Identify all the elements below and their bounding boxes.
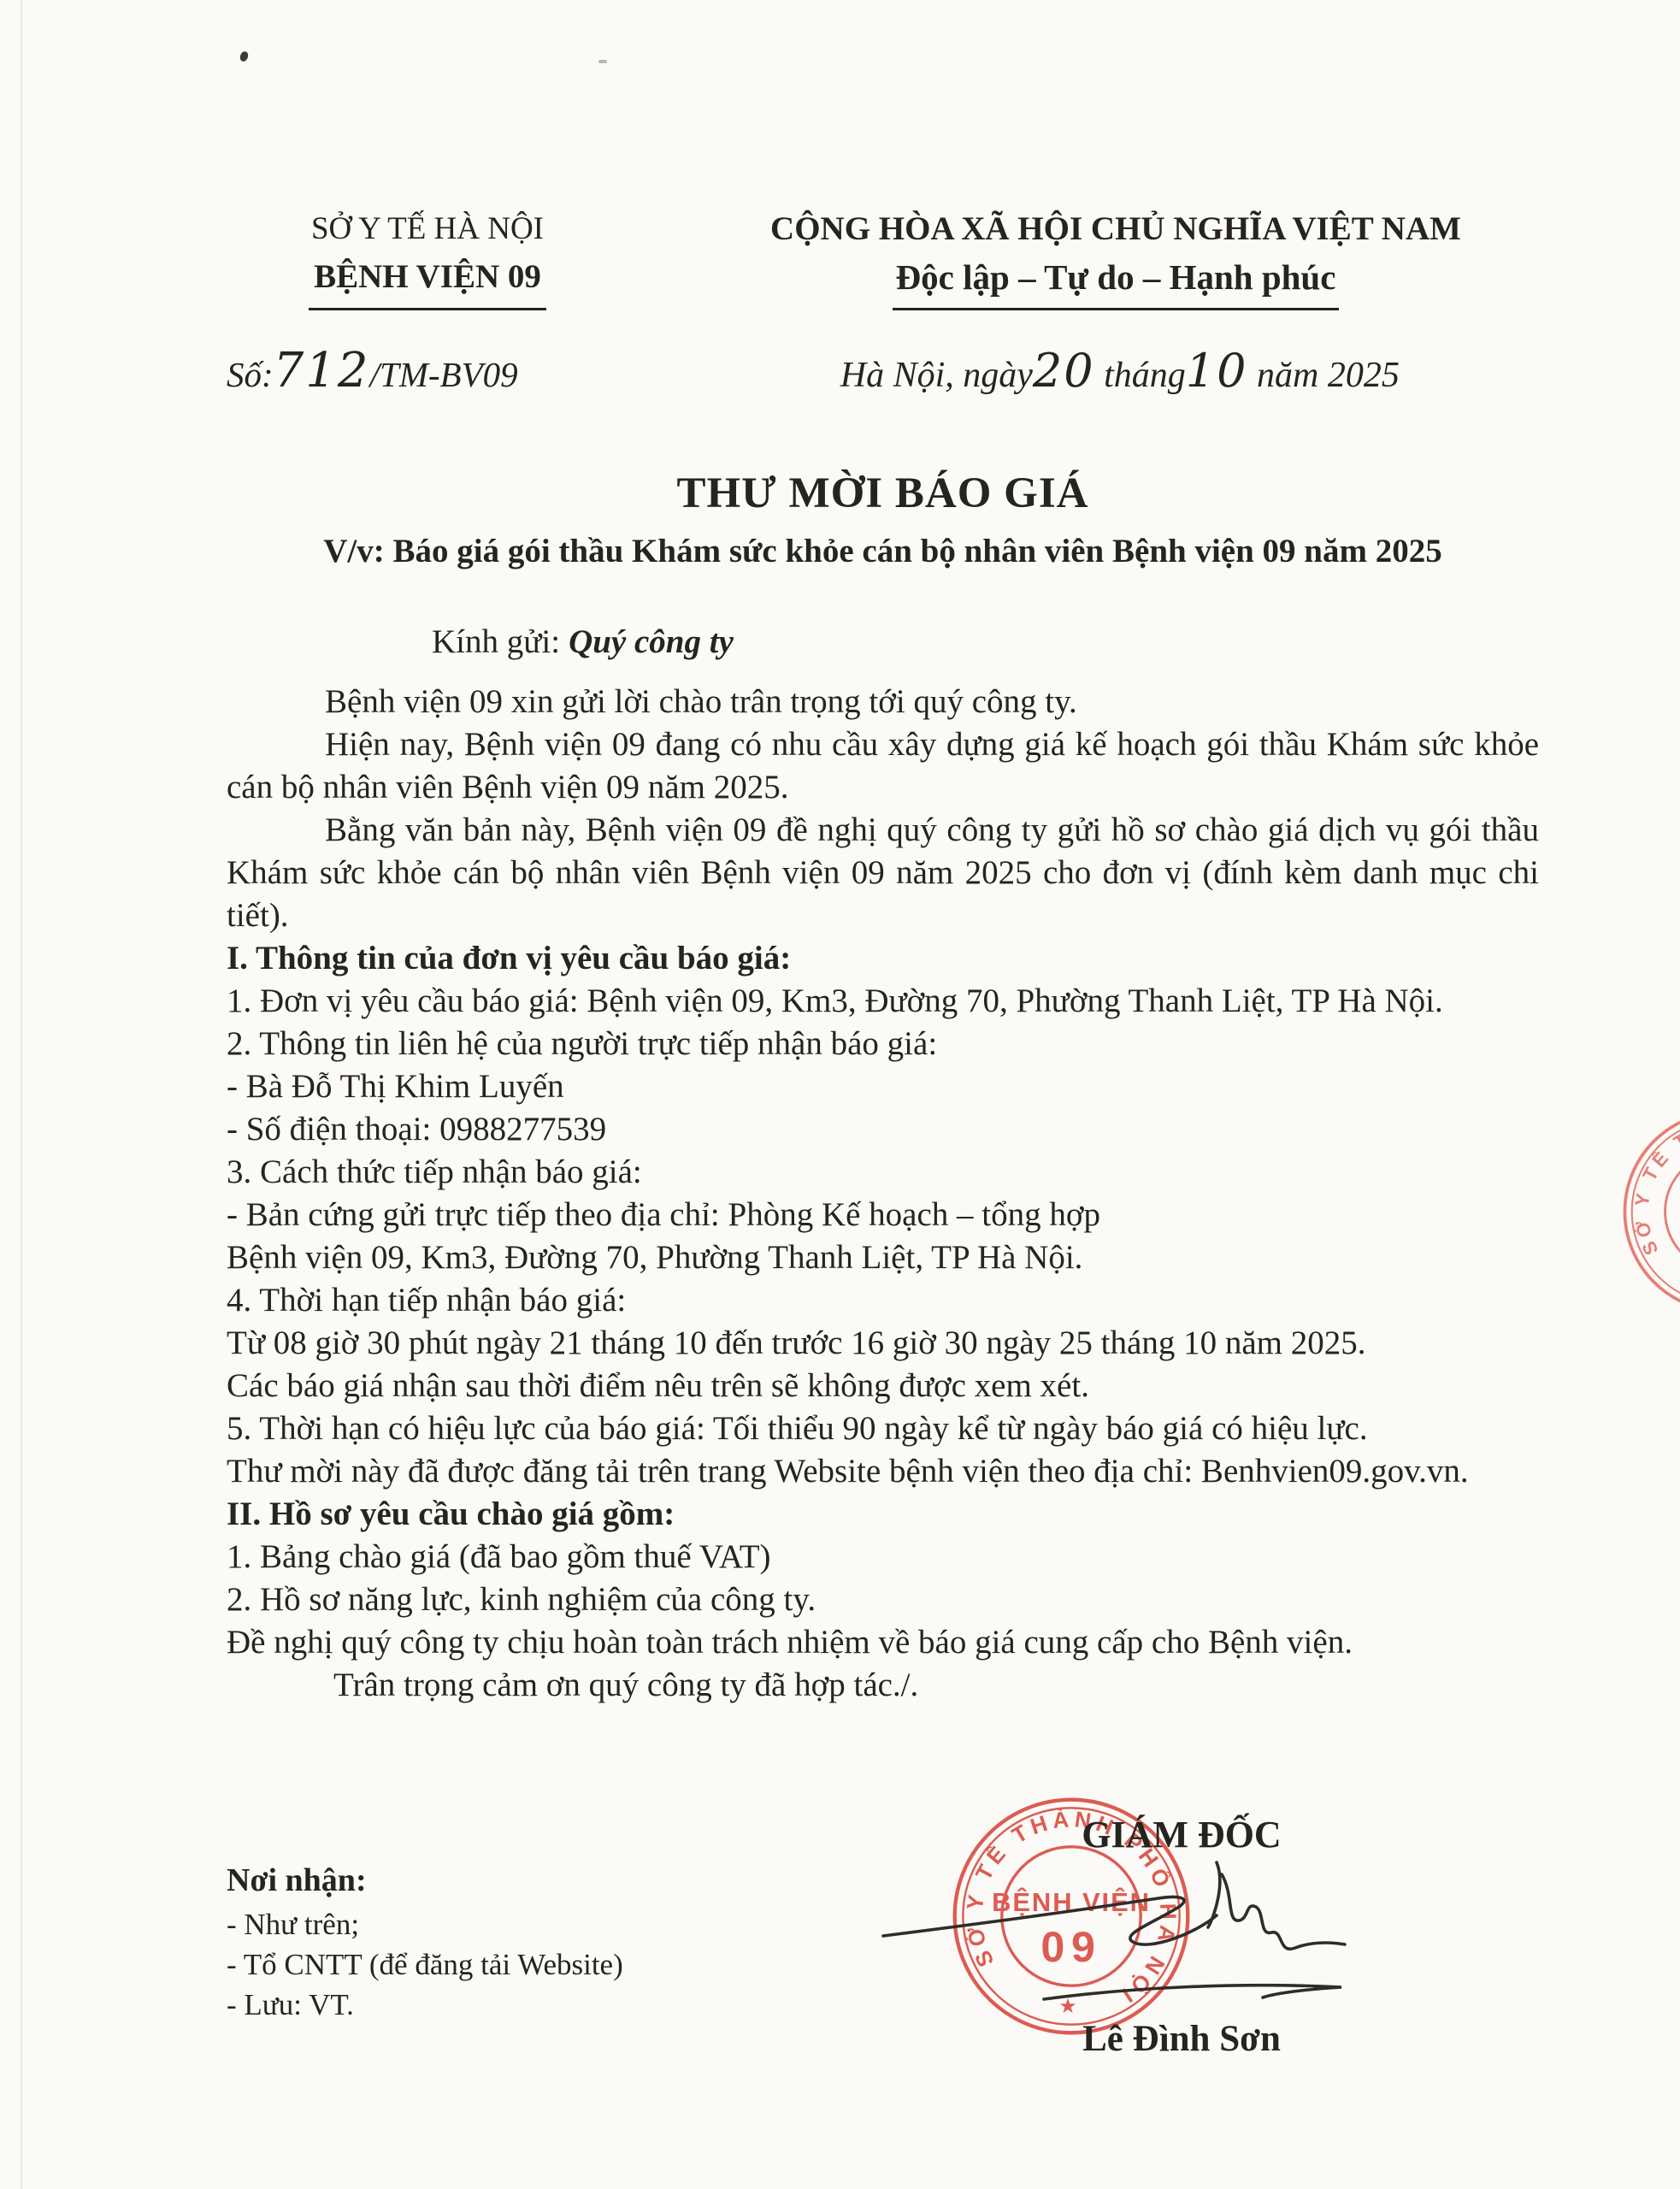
salutation-line: Kính gửi:Quý công ty	[227, 621, 1539, 664]
signature-stroke	[883, 1897, 1217, 1944]
issuer-hospital: BỆNH VIỆN 09	[227, 253, 628, 310]
section1-line: 5. Thời hạn có hiệu lực của báo giá: Tối…	[227, 1407, 1539, 1450]
document-subject: V/v: Báo giá gói thầu Khám sức khỏe cán …	[227, 530, 1539, 573]
salutation-label: Kính gửi:	[432, 623, 560, 660]
handwritten-number: 712	[274, 343, 370, 398]
section1-line: Bệnh viện 09, Km3, Đường 70, Phường Than…	[227, 1236, 1539, 1279]
paragraph: Bằng văn bản này, Bệnh viện 09 đề nghị q…	[227, 809, 1539, 937]
recipients-label: Nơi nhận:	[227, 1861, 623, 1901]
section1-line: - Bản cứng gửi trực tiếp theo địa chỉ: P…	[227, 1194, 1539, 1236]
issuer-block: SỞ Y TẾ HÀ NỘI BỆNH VIỆN 09	[227, 205, 628, 310]
recipient-item: - Như trên;	[227, 1904, 623, 1944]
section1-heading: I. Thông tin của đơn vị yêu cầu báo giá:	[227, 937, 1539, 980]
recipient-item: - Tổ CNTT (để đăng tải Website)	[227, 1944, 623, 1985]
place-date-line: Hà Nội, ngày20 tháng10 năm 2025	[701, 354, 1539, 397]
scan-edge-artifact	[21, 0, 22, 2189]
national-motto-block: CỘNG HÒA XÃ HỘI CHỦ NGHĨA VIỆT NAM Độc l…	[693, 205, 1539, 310]
section2-line: 2. Hồ sơ năng lực, kinh nghiệm của công …	[227, 1578, 1539, 1621]
ink-speck	[239, 50, 250, 62]
handwritten-month: 10	[1186, 344, 1248, 398]
recipient-item: - Lưu: VT.	[227, 1985, 623, 2025]
section1-line: Các báo giá nhận sau thời điểm nêu trên …	[227, 1365, 1539, 1407]
paragraph: Bệnh viện 09 xin gửi lời chào trân trọng…	[227, 681, 1539, 723]
salutation-recipient: Quý công ty	[560, 623, 734, 660]
closing-line: Trân trọng cảm ơn quý công ty đã hợp tác…	[227, 1664, 1539, 1707]
edge-partial-seal-stamp: SỞ Y TẾ THÀNH PHỐ HÀ NỘI	[1618, 1106, 1680, 1318]
signature-stroke	[1044, 1985, 1341, 1999]
paragraph: Hiện nay, Bệnh viện 09 đang có nhu cầu x…	[227, 723, 1539, 809]
letter-body: SỞ Y TẾ HÀ NỘI BỆNH VIỆN 09 CỘNG HÒA XÃ …	[227, 205, 1539, 1707]
section1-line: 2. Thông tin liên hệ của người trực tiếp…	[227, 1023, 1539, 1065]
recipients-block: Nơi nhận: - Như trên; - Tổ CNTT (để đăng…	[227, 1861, 623, 2025]
section1-line: - Bà Đỗ Thị Khim Luyến	[227, 1065, 1539, 1108]
issuer-department: SỞ Y TẾ HÀ NỘI	[227, 205, 628, 253]
number-date-row: Số:712/TM-BV09 Hà Nội, ngày20 tháng10 nă…	[227, 353, 1539, 397]
section1-line: 3. Cách thức tiếp nhận báo giá:	[227, 1151, 1539, 1194]
director-signature	[876, 1820, 1355, 2033]
section1-line: - Số điện thoại: 0988277539	[227, 1108, 1539, 1151]
section1-line: Thư mời này đã được đăng tải trên trang …	[227, 1450, 1539, 1493]
signature-stroke	[1208, 1862, 1345, 1949]
seal-ring-text: SỞ Y TẾ THÀNH PHỐ HÀ NỘI	[1630, 1118, 1680, 1292]
document-number: Số:712/TM-BV09	[227, 353, 701, 396]
section2-heading: II. Hồ sơ yêu cầu chào giá gồm:	[227, 1493, 1539, 1536]
section2-line: Đề nghị quý công ty chịu hoàn toàn trách…	[227, 1621, 1539, 1664]
section2-line: 1. Bảng chào giá (đã bao gồm thuế VAT)	[227, 1536, 1539, 1578]
section1-line: 4. Thời hạn tiếp nhận báo giá:	[227, 1279, 1539, 1322]
document-title: THƯ MỜI BÁO GIÁ	[227, 469, 1539, 518]
national-title: CỘNG HÒA XÃ HỘI CHỦ NGHĨA VIỆT NAM	[693, 205, 1539, 253]
section1-line: 1. Đơn vị yêu cầu báo giá: Bệnh viện 09,…	[227, 980, 1539, 1023]
national-motto: Độc lập – Tự do – Hạnh phúc	[693, 253, 1539, 310]
section1-line: Từ 08 giờ 30 phút ngày 21 tháng 10 đến t…	[227, 1322, 1539, 1365]
handwritten-day: 20	[1033, 344, 1095, 398]
ink-speck	[598, 60, 607, 63]
letter-header: SỞ Y TẾ HÀ NỘI BỆNH VIỆN 09 CỘNG HÒA XÃ …	[227, 205, 1539, 310]
scanned-letter-page: SỞ Y TẾ HÀ NỘI BỆNH VIỆN 09 CỘNG HÒA XÃ …	[0, 0, 1680, 2189]
